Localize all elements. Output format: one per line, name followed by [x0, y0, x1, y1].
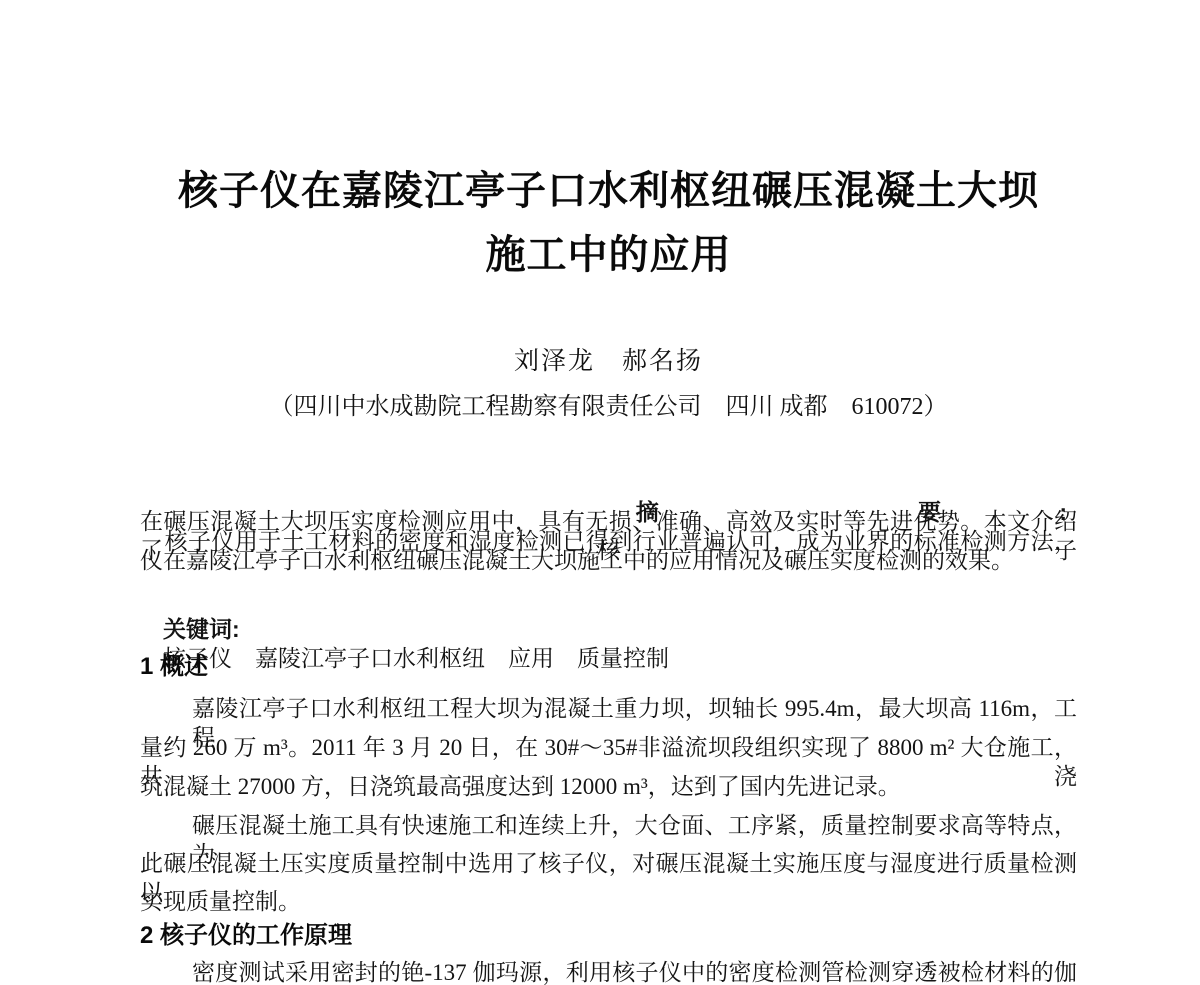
- section-2-para-1-line-1: 密度测试采用密封的铯-137 伽玛源，利用核子仪中的密度检测管检测穿透被检材料的…: [140, 959, 1077, 985]
- paper-title-line-1: 核子仪在嘉陵江亭子口水利枢纽碾压混凝土大坝: [140, 166, 1077, 216]
- section-2-heading: 2 核子仪的工作原理: [140, 921, 1077, 951]
- section-1-heading: 1 概述: [140, 652, 1077, 682]
- affiliation: （四川中水成勘院工程勘察有限责任公司 四川 成都 610072）: [140, 392, 1077, 422]
- section-1-para-2-line-3: 实现质量控制。: [140, 888, 1077, 917]
- abstract-line-3: 仪在嘉陵江亭子口水利枢纽碾压混凝土大坝施工中的应用情况及碾压实度检测的效果。: [140, 547, 1077, 576]
- section-1-para-1-line-3: 筑混凝土 27000 方，日浇筑最高强度达到 12000 m³，达到了国内先进记…: [140, 773, 1077, 802]
- scanned-paper-page: 核子仪在嘉陵江亭子口水利枢纽碾压混凝土大坝 施工中的应用 刘泽龙 郝名扬 （四川…: [0, 0, 1200, 985]
- keywords-line: 关键词: 核子仪 嘉陵江亭子口水利枢纽 应用 质量控制: [140, 586, 1077, 702]
- paper-title-line-2: 施工中的应用: [140, 230, 1077, 280]
- authors: 刘泽龙 郝名扬: [140, 346, 1077, 377]
- keywords-label: 关键词:: [163, 616, 240, 642]
